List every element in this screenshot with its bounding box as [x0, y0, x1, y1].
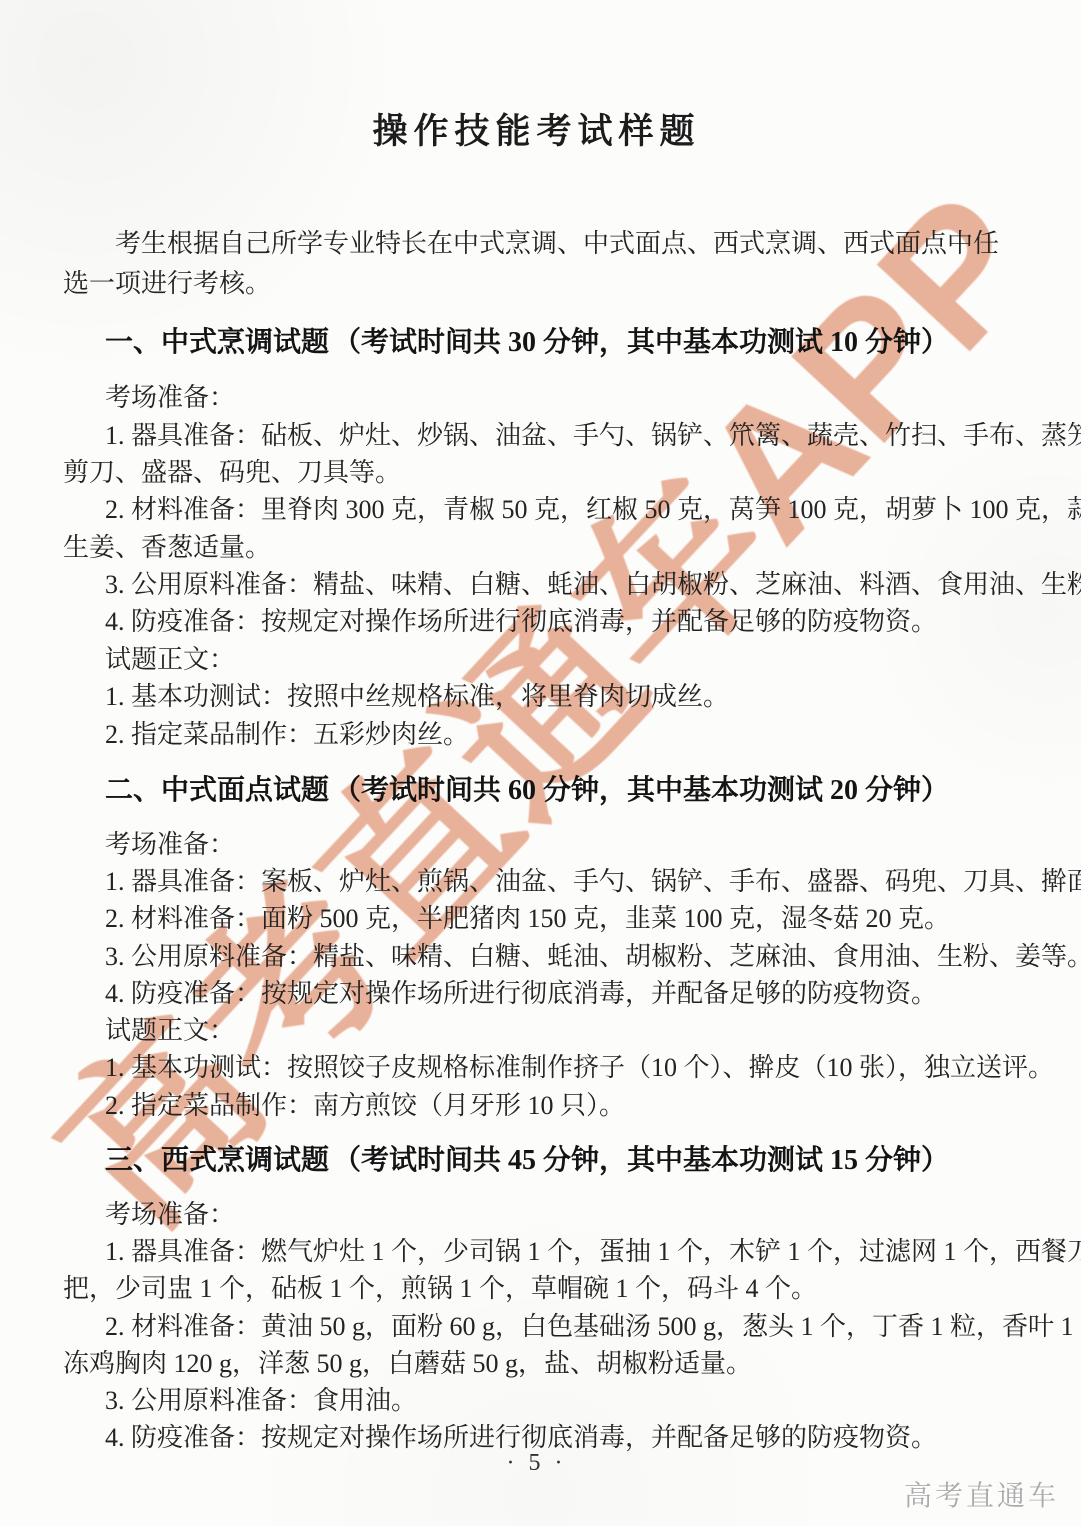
section-2-heading-title: 二、中式面点试题 [105, 774, 329, 805]
section-1-task-2: 2. 指定菜品制作：五彩炒肉丝。 [105, 719, 469, 751]
section-3-item-2-line-2: 冻鸡胸肉 120 g，洋葱 50 g，白蘑菇 50 g，盐、胡椒粉适量。 [63, 1348, 752, 1380]
section-3-heading-title: 三、西式烹调试题 [105, 1144, 329, 1175]
page-number: · 5 · [63, 1450, 1010, 1477]
section-2-task-1: 1. 基本功测试：按照饺子皮规格标准制作挤子（10 个）、擀皮（10 张），独立… [105, 1052, 1054, 1084]
section-1-heading-paren: （考试时间共 30 分钟，其中基本功测试 10 分钟） [333, 327, 949, 358]
section-3-heading-paren: （考试时间共 45 分钟，其中基本功测试 15 分钟） [333, 1145, 949, 1176]
section-1-item-1-line-1: 1. 器具准备：砧板、炉灶、炒锅、油盆、手勺、锅铲、笊篱、蔬壳、竹扫、手布、蒸笼… [105, 420, 1081, 452]
section-2-item-2: 2. 材料准备：面粉 500 克，半肥猪肉 150 克，韭菜 100 克，湿冬菇… [105, 903, 950, 935]
section-3-prep-label: 考场准备： [105, 1199, 235, 1231]
section-1-body-label: 试题正文： [105, 644, 235, 676]
section-2-task-2: 2. 指定菜品制作：南方煎饺（月牙形 10 只）。 [105, 1090, 625, 1122]
section-1-item-2-line-1: 2. 材料准备：里脊肉 300 克，青椒 50 克，红椒 50 克，莴笋 100… [105, 494, 1081, 526]
section-3-item-2-line-1: 2. 材料准备：黄油 50 g，面粉 60 g，白色基础汤 500 g，葱头 1… [105, 1311, 1081, 1343]
intro-line-1: 考生根据自己所学专业特长在中式烹调、中式面点、西式烹调、西式面点中任 [115, 228, 999, 260]
section-3-heading: 三、西式烹调试题（考试时间共 45 分钟，其中基本功测试 15 分钟） [105, 1138, 949, 1178]
section-3-item-1-line-2: 把，少司盅 1 个，砧板 1 个，煎锅 1 个，草帽碗 1 个，码斗 4 个。 [63, 1273, 817, 1305]
section-2-prep-label: 考场准备： [105, 829, 235, 861]
section-2-item-4: 4. 防疫准备：按规定对操作场所进行彻底消毒，并配备足够的防疫物资。 [105, 978, 937, 1010]
page-title: 操作技能考试样题 [63, 104, 1010, 154]
section-3-item-1-line-1: 1. 器具准备：燃气炉灶 1 个，少司锅 1 个，蛋抽 1 个，木铲 1 个，过… [105, 1236, 1081, 1268]
footer-logo: 高考直通车 [904, 1474, 1059, 1514]
section-1-item-4: 4. 防疫准备：按规定对操作场所进行彻底消毒，并配备足够的防疫物资。 [105, 606, 937, 638]
section-2-item-3: 3. 公用原料准备：精盐、味精、白糖、蚝油、胡椒粉、芝麻油、食用油、生粉、姜等。 [105, 941, 1081, 973]
section-1-task-1: 1. 基本功测试：按照中丝规格标准，将里脊肉切成丝。 [105, 681, 729, 713]
section-2-heading: 二、中式面点试题（考试时间共 60 分钟，其中基本功测试 20 分钟） [105, 768, 949, 808]
section-2-heading-paren: （考试时间共 60 分钟，其中基本功测试 20 分钟） [333, 775, 949, 806]
section-1-heading: 一、中式烹调试题（考试时间共 30 分钟，其中基本功测试 10 分钟） [105, 320, 949, 360]
section-2-item-1: 1. 器具准备：案板、炉灶、煎锅、油盆、手勺、锅铲、手布、盛器、码兜、刀具、擀面… [105, 866, 1081, 898]
section-3-item-3: 3. 公用原料准备：食用油。 [105, 1385, 417, 1417]
section-2-body-label: 试题正文： [105, 1015, 235, 1047]
section-1-item-3: 3. 公用原料准备：精盐、味精、白糖、蚝油、白胡椒粉、芝麻油、料酒、食用油、生粉… [105, 569, 1081, 601]
section-1-prep-label: 考场准备： [105, 382, 235, 414]
page-content: 操作技能考试样题 考生根据自己所学专业特长在中式烹调、中式面点、西式烹调、西式面… [63, 0, 1010, 1526]
document-page: 高考直通车APP 操作技能考试样题 考生根据自己所学专业特长在中式烹调、中式面点… [0, 0, 1081, 1526]
section-1-heading-title: 一、中式烹调试题 [105, 326, 329, 357]
section-1-item-1-line-2: 剪刀、盛器、码兜、刀具等。 [63, 457, 401, 489]
section-1-item-2-line-2: 生姜、香葱适量。 [63, 532, 271, 564]
intro-line-2: 选一项进行考核。 [63, 268, 271, 300]
